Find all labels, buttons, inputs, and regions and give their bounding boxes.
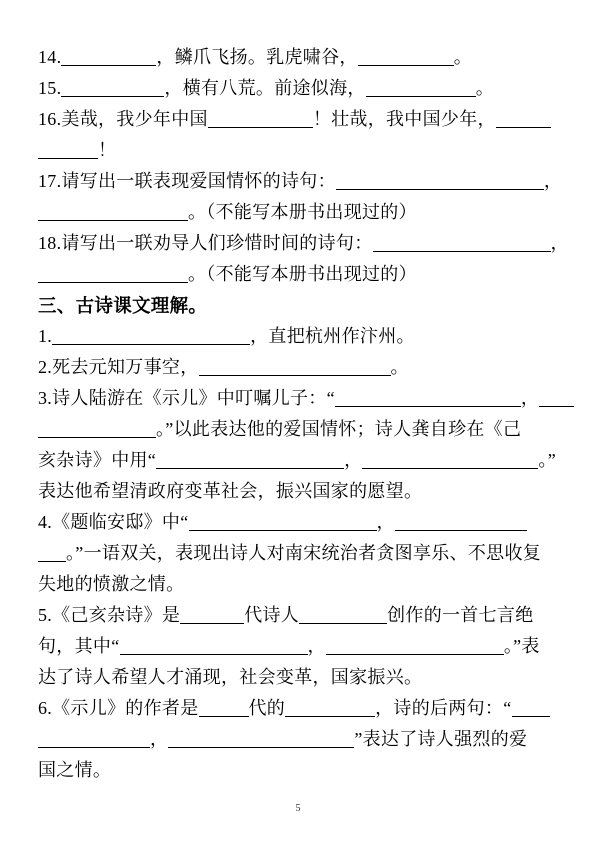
question-5-line1: 5.《己亥杂诗》是代诗人创作的一首七言绝: [38, 600, 560, 631]
question-6-line3: 国之情。: [38, 755, 560, 786]
answer-blank: [38, 436, 156, 438]
text-segment: 5.《己亥杂诗》是: [38, 605, 180, 625]
question-18-line1: 18.请写出一联劝导人们珍惜时间的诗句：，: [38, 228, 560, 259]
text-segment: 。: [476, 78, 494, 98]
text-segment: ，: [377, 512, 395, 532]
question-6-line1: 6.《示儿》的作者是代的，诗的后两句：“: [38, 693, 560, 724]
answer-blank: [38, 746, 150, 748]
question-16-line1: 16.美哉，我少年中国！壮哉，我中国少年，: [38, 104, 560, 135]
page-number: 5: [0, 803, 596, 814]
text-segment: 14.: [38, 47, 61, 67]
question-4-line2: 。”一语双关，表现出诗人对南宋统治者贪图享乐、不思收复: [38, 538, 560, 569]
question-15: 15.，横有八荒。前途似海，。: [38, 73, 560, 104]
text-segment: 。”以此表达他的爱国情怀；诗人龚自珍在《己: [156, 419, 521, 439]
text-segment: ，: [150, 729, 168, 749]
text-segment: ！: [98, 140, 116, 160]
text-segment: ，: [544, 171, 562, 191]
question-16-line2: ！: [38, 135, 560, 166]
question-14: 14.，鳞爪飞扬。乳虎啸谷，。: [38, 42, 560, 73]
question-17-line1: 17.请写出一联表现爱国情怀的诗句：，: [38, 166, 560, 197]
text-segment: 15.: [38, 78, 61, 98]
answer-blank: [199, 715, 249, 717]
text-segment: ，: [344, 450, 362, 470]
question-2: 2.死去元知万事空，。: [38, 352, 560, 383]
answer-blank: [38, 560, 66, 562]
text-segment: ，: [308, 636, 326, 656]
question-1: 1.，直把杭州作汴州。: [38, 321, 560, 352]
text-segment: 句，其中“: [38, 636, 120, 656]
answer-blank: [362, 467, 538, 469]
answer-blank: [199, 374, 391, 376]
text-segment: 6.《示儿》的作者是: [38, 698, 199, 718]
text-segment: 。: [391, 357, 409, 377]
text-segment: 。”: [538, 450, 556, 470]
text-segment: ，鳞爪飞扬。乳虎啸谷，: [156, 47, 357, 67]
question-3-line4: 表达他希望清政府变革社会，振兴国家的愿望。: [38, 476, 560, 507]
text-segment: 4.《题临安邸》中“: [38, 512, 189, 532]
answer-blank: [366, 95, 476, 97]
answer-blank: [156, 467, 344, 469]
text-segment: 三、古诗课文理解。: [38, 295, 207, 316]
answer-blank: [61, 95, 164, 97]
text-segment: 1.: [38, 326, 52, 346]
section-heading: 三、古诗课文理解。: [38, 290, 560, 321]
answer-blank: [189, 529, 377, 531]
answer-blank: [373, 250, 551, 252]
answer-blank: [496, 126, 551, 128]
question-5-line2: 句，其中“，。”表: [38, 631, 560, 662]
text-segment: 创作的一首七言绝: [387, 605, 533, 625]
text-segment: ，直把杭州作汴州。: [250, 326, 415, 346]
text-segment: ！壮哉，我中国少年，: [313, 109, 496, 129]
answer-blank: [285, 715, 375, 717]
text-segment: 。”表: [504, 636, 540, 656]
document-lines: 14.，鳞爪飞扬。乳虎啸谷，。15.，横有八荒。前途似海，。16.美哉，我少年中…: [38, 42, 560, 786]
text-segment: 。: [454, 47, 472, 67]
text-segment: ，: [551, 233, 569, 253]
text-segment: 2.死去元知万事空，: [38, 357, 199, 377]
text-segment: 国之情。: [38, 760, 111, 780]
text-segment: 达了诗人希望人才涌现，社会变革，国家振兴。: [38, 667, 422, 687]
answer-blank: [299, 622, 387, 624]
question-3-line3: 亥杂诗》中用“，。”: [38, 445, 560, 476]
text-segment: 。（不能写本册书出现过的）: [188, 202, 417, 222]
answer-blank: [208, 126, 313, 128]
answer-blank: [61, 64, 156, 66]
text-segment: 失地的愤激之情。: [38, 574, 184, 594]
answer-blank: [539, 405, 574, 407]
question-3-line2: 。”以此表达他的爱国情怀；诗人龚自珍在《己: [38, 414, 560, 445]
question-6-line2: ，”表达了诗人强烈的爱: [38, 724, 560, 755]
question-5-line3: 达了诗人希望人才涌现，社会变革，国家振兴。: [38, 662, 560, 693]
answer-blank: [512, 715, 550, 717]
worksheet-page: 14.，鳞爪飞扬。乳虎啸谷，。15.，横有八荒。前途似海，。16.美哉，我少年中…: [0, 0, 596, 842]
text-segment: 17.请写出一联表现爱国情怀的诗句：: [38, 171, 336, 191]
answer-blank: [38, 281, 188, 283]
question-3-line1: 3.诗人陆游在《示儿》中叮嘱儿子：“，: [38, 383, 560, 414]
text-segment: 表达他希望清政府变革社会，振兴国家的愿望。: [38, 481, 422, 501]
answer-blank: [335, 405, 521, 407]
text-segment: 代的: [249, 698, 286, 718]
text-segment: 3.诗人陆游在《示儿》中叮嘱儿子：“: [38, 388, 335, 408]
text-segment: 16.美哉，我少年中国: [38, 109, 208, 129]
question-4-line3: 失地的愤激之情。: [38, 569, 560, 600]
text-segment: ，横有八荒。前途似海，: [164, 78, 365, 98]
text-segment: 亥杂诗》中用“: [38, 450, 156, 470]
text-segment: ，诗的后两句：“: [375, 698, 511, 718]
answer-blank: [38, 219, 188, 221]
text-segment: 。”一语双关，表现出诗人对南宋统治者贪图享乐、不思收复: [66, 543, 541, 563]
answer-blank: [52, 343, 250, 345]
answer-blank: [358, 64, 454, 66]
answer-blank: [38, 157, 98, 159]
answer-blank: [168, 746, 354, 748]
answer-blank: [326, 653, 504, 655]
question-4-line1: 4.《题临安邸》中“，: [38, 507, 560, 538]
answer-blank: [395, 529, 527, 531]
text-segment: 。（不能写本册书出现过的）: [188, 264, 417, 284]
text-segment: 18.请写出一联劝导人们珍惜时间的诗句：: [38, 233, 373, 253]
text-segment: 代诗人: [244, 605, 299, 625]
text-segment: ，: [521, 388, 539, 408]
answer-blank: [180, 622, 244, 624]
answer-blank: [120, 653, 308, 655]
text-segment: ”表达了诗人强烈的爱: [354, 729, 527, 749]
question-17-line2: 。（不能写本册书出现过的）: [38, 197, 560, 228]
question-18-line2: 。（不能写本册书出现过的）: [38, 259, 560, 290]
answer-blank: [336, 188, 544, 190]
